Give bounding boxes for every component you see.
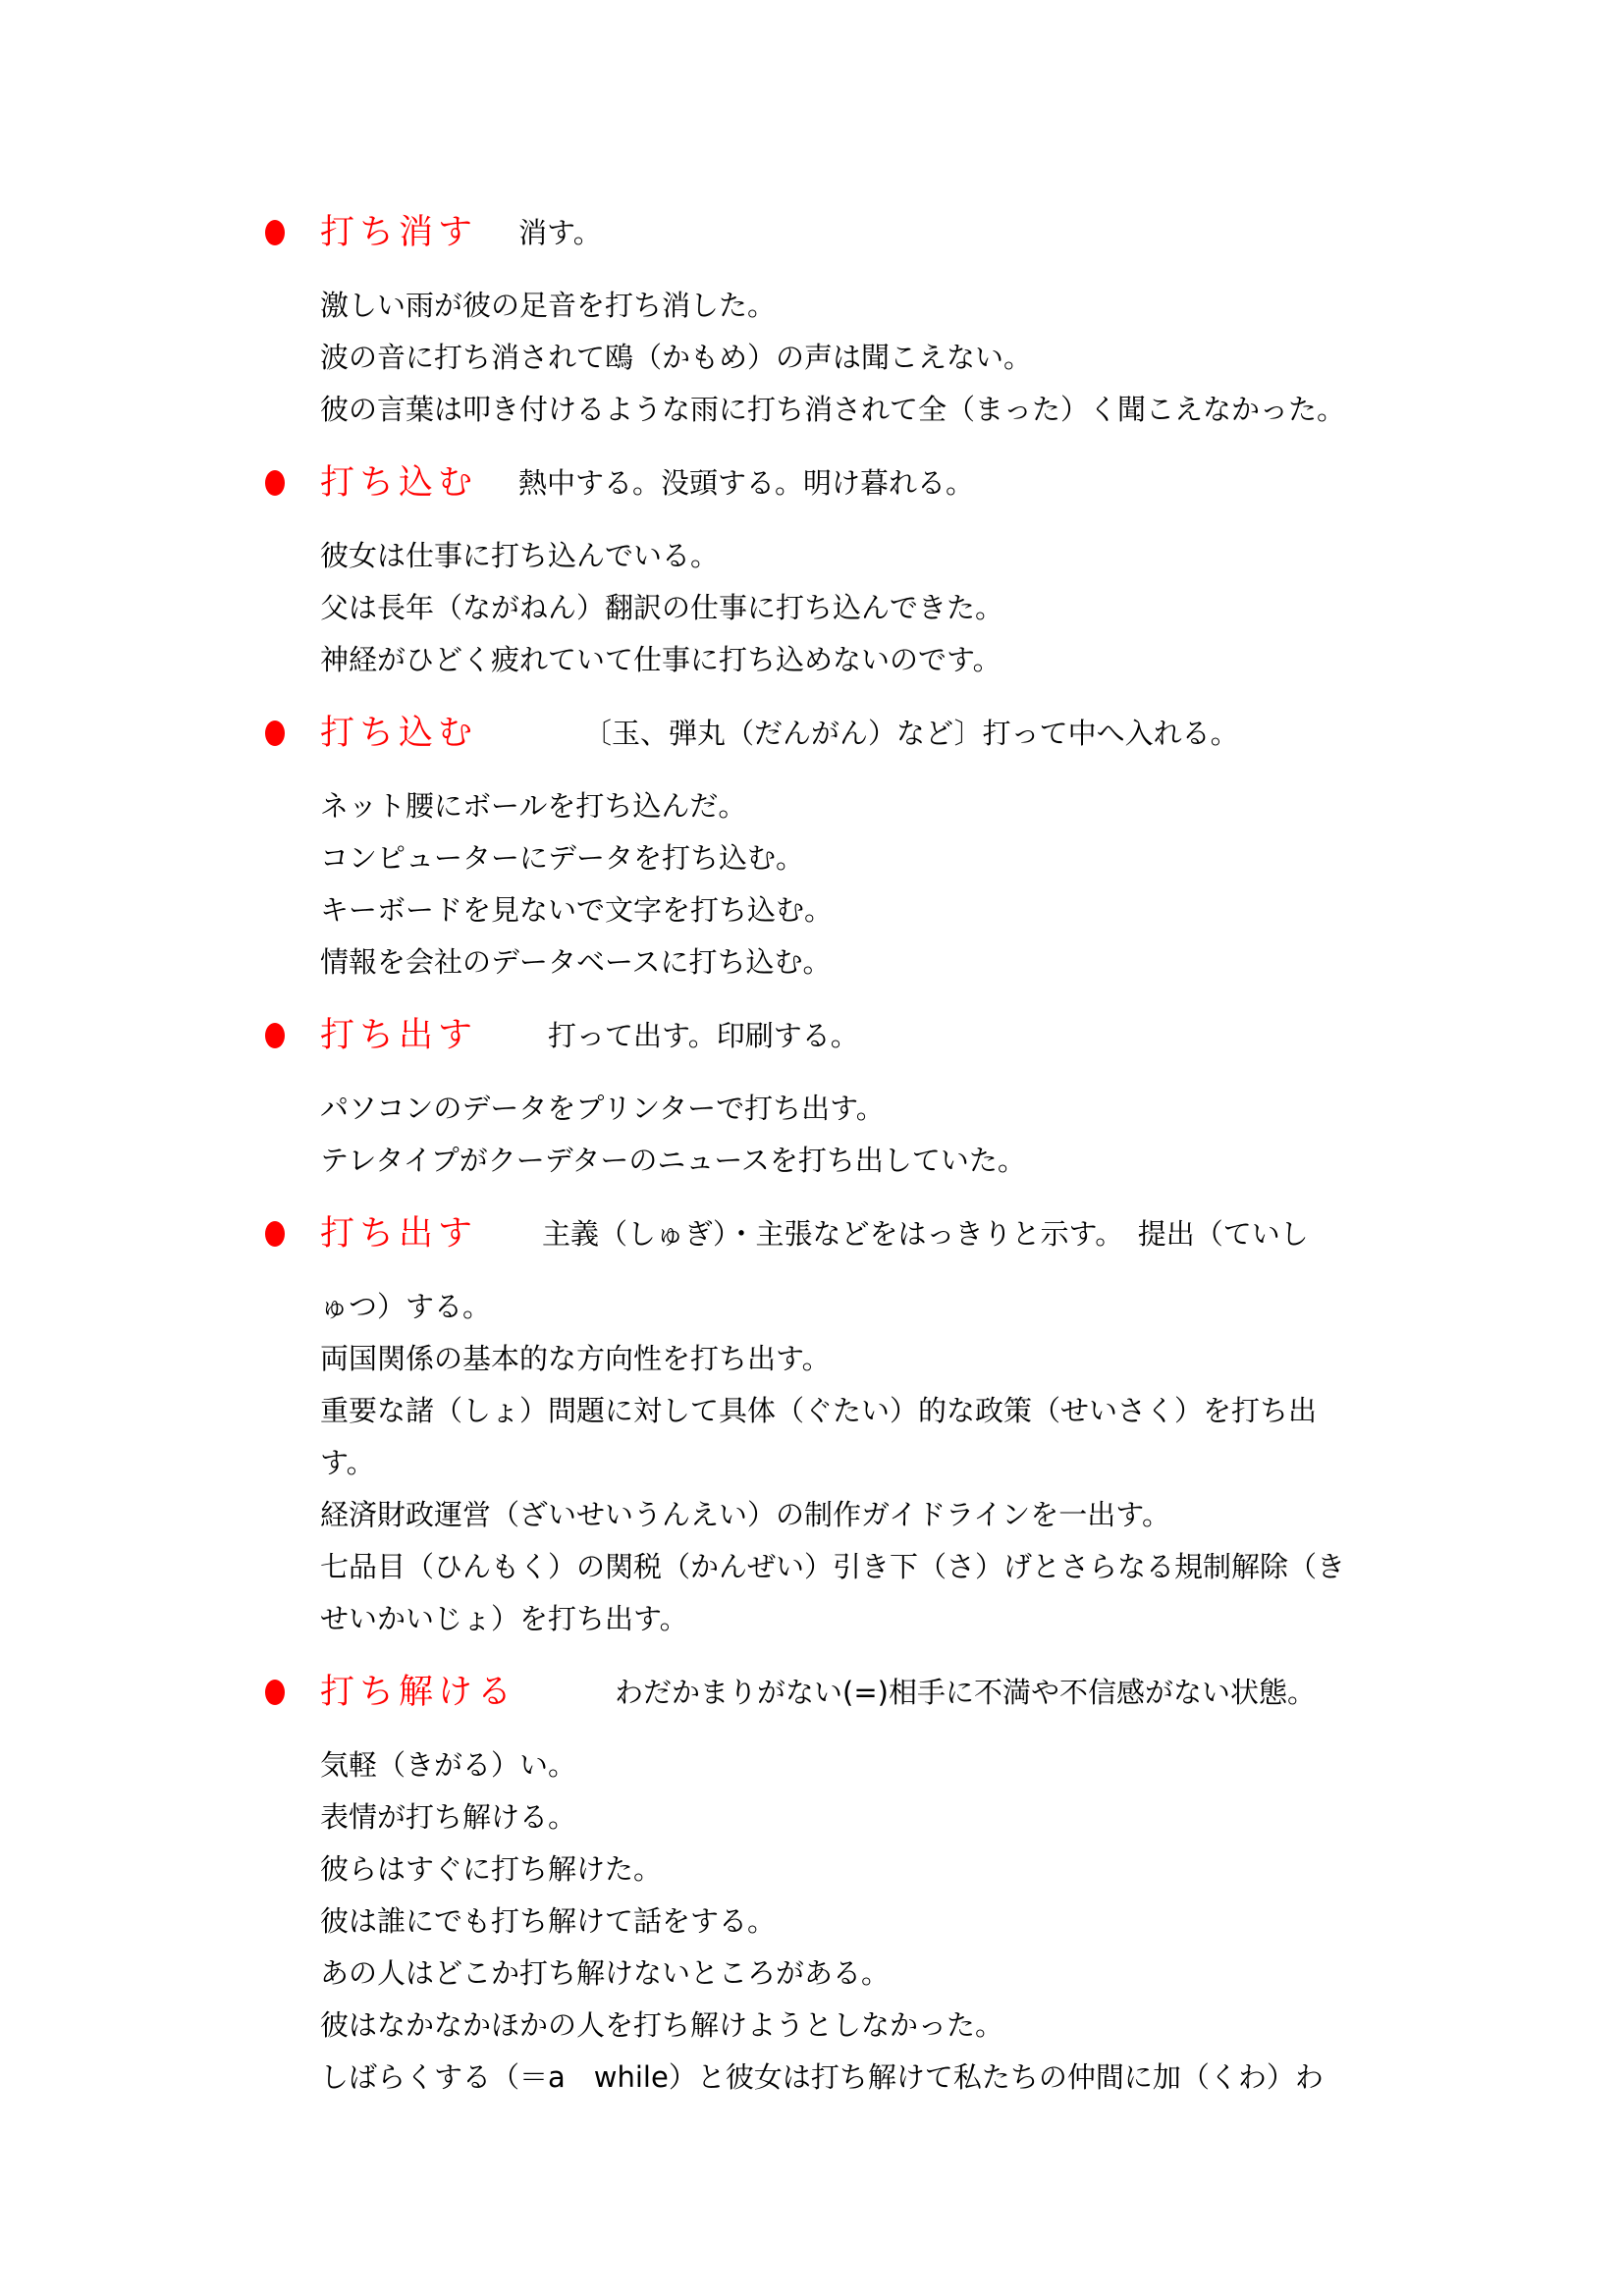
definition: 熱中する。没頭する。明け暮れる。 [518,461,974,505]
entry-heading: 打ち解ける わだかまりがない(=)相手に不満や不信感がない状態。 [265,1671,1516,1714]
example-line: 波の音に打ち消されて鴎（かもめ）の声は聞こえない。 [320,332,1516,384]
entry-heading: 打ち込む 〔玉、弾丸（だんがん）など〕打って中へ入れる。 [265,712,1516,755]
entry: 打ち出す 打って出す。印刷する。 パソコンのデータをプリンターで打ち出す。 テレ… [265,1014,1516,1187]
definition: 消す。 [518,211,602,254]
definition: 〔玉、弾丸（だんがん）など〕打って中へ入れる。 [583,712,1239,755]
example-list: 気軽（きがる）い。 表情が打ち解ける。 彼らはすぐに打ち解けた。 彼は誰にでも打… [320,1739,1516,2104]
example-line: 彼は誰にでも打ち解けて話をする。 [320,1896,1516,1948]
example-line: しばらくする（＝a while）と彼女は打ち解けて私たちの仲間に加（くわ）わ [320,2052,1516,2104]
entry: 打ち出す 主義（しゅぎ）・主張などをはっきりと示す。 提出（ていし ゅつ）する。… [265,1212,1516,1645]
bullet-icon [265,721,285,746]
headword: 打ち出す [320,1014,477,1057]
example-line: 七品目（ひんもく）の関税（かんぜい）引き下（さ）げとさらなる規制解除（き [320,1541,1516,1593]
example-line: パソコンのデータをプリンターで打ち出す。 [320,1083,1516,1135]
headword: 打ち出す [320,1212,477,1255]
definition: わだかまりがない(=)相手に不満や不信感がない状態。 [615,1671,1316,1714]
entry-heading: 打ち消す 消す。 [265,211,1516,254]
bullet-icon [265,1680,285,1705]
example-line: テレタイプがクーデターのニュースを打ち出していた。 [320,1135,1516,1187]
example-line: コンピューターにデータを打ち込む。 [320,832,1516,884]
bullet-icon [265,1023,285,1048]
entry-heading: 打ち出す 主義（しゅぎ）・主張などをはっきりと示す。 提出（ていし [265,1212,1516,1255]
headword: 打ち込む [320,461,477,505]
example-line-continuation: せいかいじょ）を打ち出す。 [320,1593,1516,1645]
example-line: 父は長年（ながねん）翻訳の仕事に打ち込んできた。 [320,582,1516,634]
example-line-continuation: す。 [320,1437,1516,1489]
example-list: ゅつ）する。 両国関係の基本的な方向性を打ち出す。 重要な諸（しょ）問題に対して… [320,1281,1516,1645]
example-line: 両国関係の基本的な方向性を打ち出す。 [320,1333,1516,1385]
example-line: 彼の言葉は叩き付けるような雨に打ち消されて全（まった）く聞こえなかった。 [320,384,1516,436]
example-line: キーボードを見ないで文字を打ち込む。 [320,884,1516,936]
bullet-icon [265,1221,285,1247]
entry: 打ち消す 消す。 激しい雨が彼の足音を打ち消した。 波の音に打ち消されて鴎（かも… [265,211,1516,436]
example-line: 表情が打ち解ける。 [320,1791,1516,1843]
example-list: 彼女は仕事に打ち込んでいる。 父は長年（ながねん）翻訳の仕事に打ち込んできた。 … [320,530,1516,686]
example-line: 彼女は仕事に打ち込んでいる。 [320,530,1516,582]
example-line: 神経がひどく疲れていて仕事に打ち込めないのです。 [320,634,1516,686]
entry-heading: 打ち込む 熱中する。没頭する。明け暮れる。 [265,461,1516,505]
entry: 打ち込む 〔玉、弾丸（だんがん）など〕打って中へ入れる。 ネット腰にボールを打ち… [265,712,1516,988]
definition: 打って出す。印刷する。 [548,1014,859,1057]
example-list: パソコンのデータをプリンターで打ち出す。 テレタイプがクーデターのニュースを打ち… [320,1083,1516,1187]
example-list: 激しい雨が彼の足音を打ち消した。 波の音に打ち消されて鴎（かもめ）の声は聞こえな… [320,280,1516,436]
bullet-icon [265,470,285,496]
bullet-icon [265,220,285,245]
headword: 打ち解ける [320,1671,516,1714]
definition: 主義（しゅぎ）・主張などをはっきりと示す。 提出（ていし [542,1212,1309,1255]
example-line: 激しい雨が彼の足音を打ち消した。 [320,280,1516,332]
example-line: 彼らはすぐに打ち解けた。 [320,1843,1516,1896]
example-line: ネット腰にボールを打ち込んだ。 [320,780,1516,832]
example-line: 情報を会社のデータベースに打ち込む。 [320,936,1516,988]
document-page: 打ち消す 消す。 激しい雨が彼の足音を打ち消した。 波の音に打ち消されて鴎（かも… [0,0,1624,2296]
entry: 打ち込む 熱中する。没頭する。明け暮れる。 彼女は仕事に打ち込んでいる。 父は長… [265,461,1516,686]
entry-heading: 打ち出す 打って出す。印刷する。 [265,1014,1516,1057]
example-line: 経済財政運営（ざいせいうんえい）の制作ガイドラインを一出す。 [320,1489,1516,1541]
example-line: あの人はどこか打ち解けないところがある。 [320,1948,1516,2000]
example-line: 気軽（きがる）い。 [320,1739,1516,1791]
example-line: 重要な諸（しょ）問題に対して具体（ぐたい）的な政策（せいさく）を打ち出 [320,1385,1516,1437]
example-list: ネット腰にボールを打ち込んだ。 コンピューターにデータを打ち込む。 キーボードを… [320,780,1516,988]
definition-continuation: ゅつ）する。 [320,1281,1516,1333]
example-line: 彼はなかなかほかの人を打ち解けようとしなかった。 [320,2000,1516,2052]
headword: 打ち込む [320,712,477,755]
entry: 打ち解ける わだかまりがない(=)相手に不満や不信感がない状態。 気軽（きがる）… [265,1671,1516,2104]
headword: 打ち消す [320,211,477,254]
